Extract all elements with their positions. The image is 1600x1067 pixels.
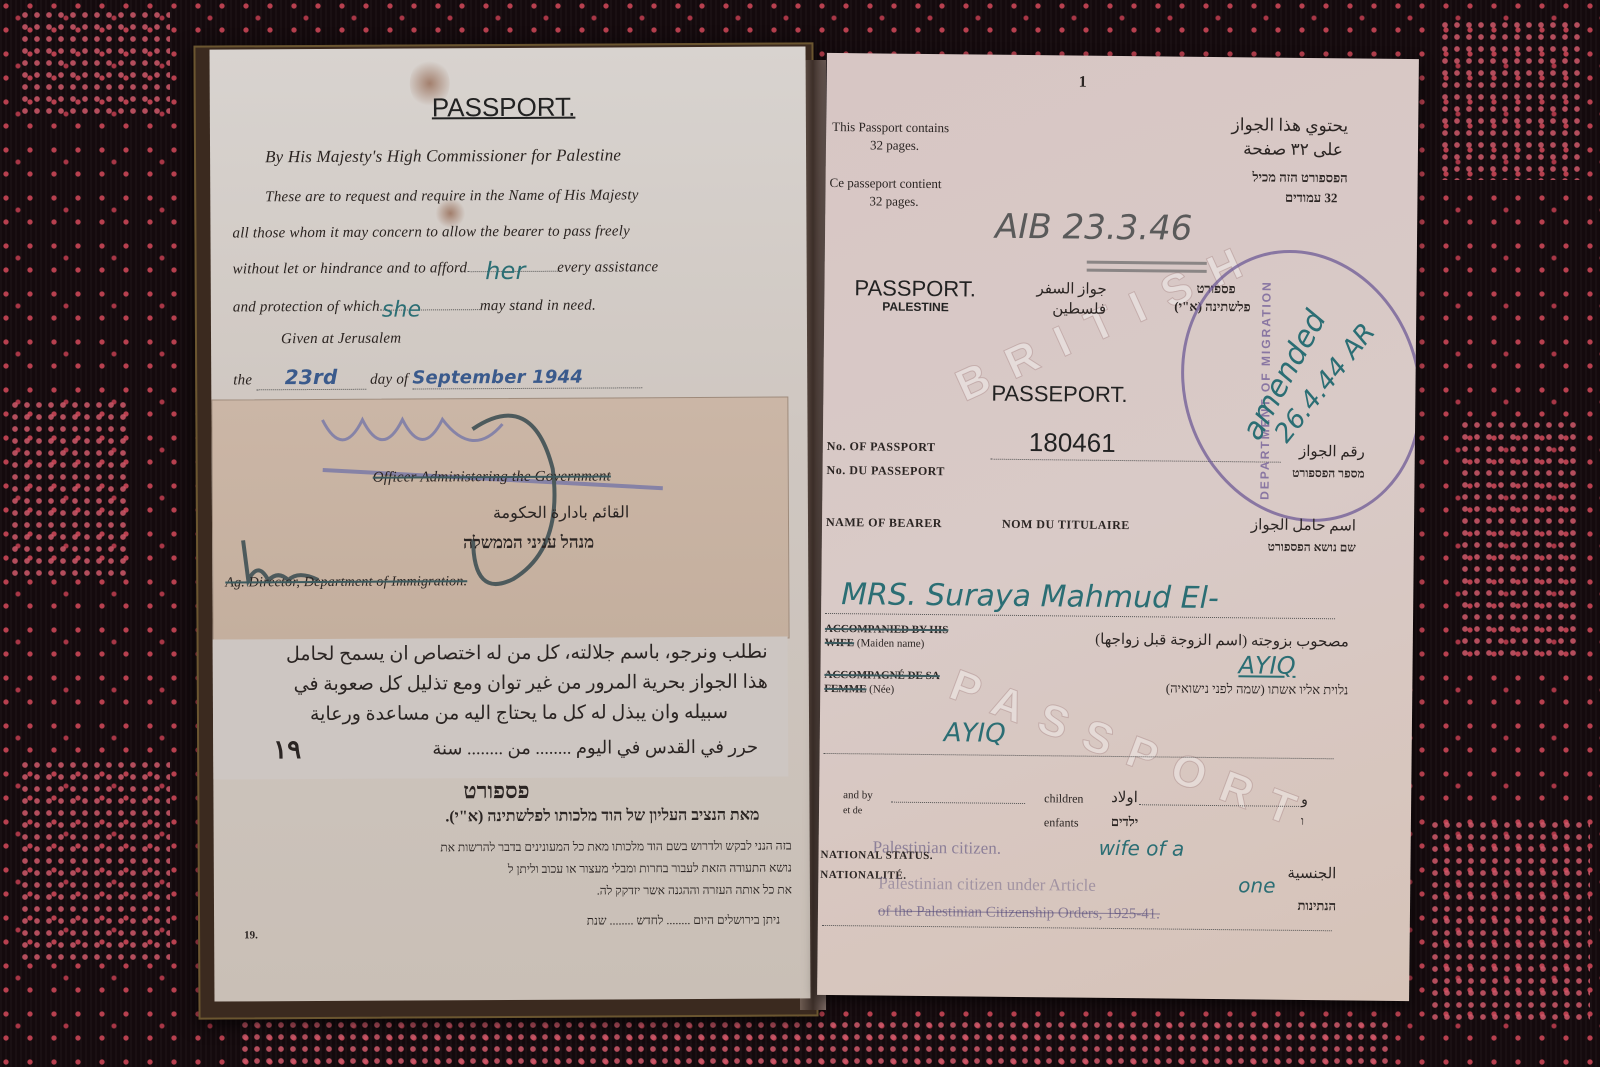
et-de-label: et de [843,805,862,816]
contains-he-1: הפספורט הזה מכיל [1252,169,1347,186]
request-line-3: without let or hindrance and to affordhe… [233,259,659,278]
hebrew-date-line: ניתן בירושלים היום ........ לחדש .......… [587,913,780,929]
passport-title: PASSPORT. [432,92,576,124]
no-passport-en-label: No. OF PASSPORT [827,439,936,455]
passport-heading-ar: جواز السفر [1036,279,1106,299]
national-status-label: NATIONAL STATUS. [820,849,933,862]
arabic-text-block: نطلب ونرجو، باسم جلالته، كل من له اختصاص… [213,637,789,780]
accompanied-label-ar: مصحوب بزوجته (اسم الزوجة قبل زواجها) [1095,630,1349,652]
director-title: Ag. Director, Department of Immigration. [225,574,467,591]
embroidery-pattern [240,1020,1390,1067]
issue-day: 23rd [256,365,366,391]
palestine-en: PALESTINE [882,300,949,315]
pencil-lines [1087,261,1207,273]
request-line-4: and protection of whichshemay stand in n… [233,298,596,317]
pages-fr: 32 pages. [869,193,918,210]
nationality-label-ar: الجنسية [1287,864,1336,884]
arabic-year: ١٩ [273,735,301,765]
arabic-line-1: نطلب ونرجو، باسم جلالته، كل من له اختصاص… [286,641,768,667]
name-label-fr: NOM DU TITULAIRE [1002,517,1130,533]
pages-en: 32 pages. [870,137,919,154]
handwritten-reference: AIB 23.3.46 [995,207,1193,249]
left-page: PASSPORT. By His Majesty's High Commissi… [210,46,811,1001]
accompanied-label-en: ACCOMPANIED BY HIS [825,623,949,636]
nationality-line [822,925,1332,931]
given-at: Given at Jerusalem [281,331,401,349]
hebrew-line-3: את כל אותה העזרה וההגנה אשר יזדקק לה. [597,883,792,899]
name-label-ar: اسم حامل الجواز [1251,515,1356,535]
arabic-line-3: سبيله وان يبذل له كل ما يحتاج اليه من مس… [310,701,728,726]
bearer-name: MRS. Suraya Mahmud El- [841,577,1219,616]
page-number: 1 [1079,74,1087,92]
children-mark-he: ו [1301,814,1304,829]
nationality-stamp-3: of the Palestinian Citizenship Orders, 1… [878,904,1160,924]
no-passport-fr-label: No. DU PASSEPORT [826,463,945,479]
children-label-en: children [1044,791,1083,806]
maiden-name-1: AYIQ [1238,651,1295,680]
children-label-he: ילדים [1111,814,1138,830]
embroidery-pattern [20,760,170,960]
embroidery-pattern [10,400,130,580]
handwritten-she: she [382,297,422,322]
request-line-2: all those whom it may concern to allow t… [232,223,630,242]
name-label-he: שם נושא הפספורט [1268,540,1356,556]
arabic-date-line: حرر في القدس في اليوم ........ من ......… [432,737,758,760]
hebrew-title: פספורט [463,778,529,804]
arabic-line-2: هذا الجواز بحرية المرور من غير توان ومع … [294,671,768,696]
contains-fr: Ce passeport contient [830,175,942,192]
accompanied-wife-label: WIFE (Maiden name) [825,637,925,650]
contains-ar-2: على ٣٢ صفحة [1243,139,1343,160]
signature-slip: Officer Administering the Government الق… [211,397,789,642]
children-label-ar: اولاد [1111,788,1138,807]
embroidery-pattern [1430,820,1590,1020]
passport-heading-en: PASSPORT. [854,275,976,302]
hebrew-line-2: נושא התעודה הזאת לעבור בחרות ומבלי מעצור… [508,861,792,877]
nationality-handwritten-1: wife of a [1099,836,1185,861]
nationality-stamp-2: Palestinian citizen under Article [878,874,1096,896]
and-by-label: and by [843,789,873,801]
contains-en: This Passport contains [832,119,949,136]
passport-number: 180461 [1029,427,1116,459]
accompanied-femme-label: FEMME (Née) [824,683,894,696]
embroidery-pattern [1440,20,1580,180]
name-label-en: NAME OF BEARER [826,515,942,531]
nationality-label-he: הנתינות [1297,898,1336,914]
officer-title-arabic: القائم بادارة الحكومة [493,502,629,523]
children-mark-ar: و [1301,792,1308,809]
maiden-name-2: AYIQ [944,718,1006,749]
hebrew-line-1: בזה הנני לבקש ולדרוש בשם הוד מלכותו מאת … [440,839,791,856]
children-line [891,802,1025,804]
right-page: BRITISH PASSPORT 1 This Passport contain… [817,53,1419,1001]
embroidery-pattern [1460,420,1580,660]
request-line-1: These are to request and require in the … [265,187,638,206]
handwritten-her: her [485,257,526,285]
contains-ar-1: يحتوي هذا الجواز [1231,115,1348,136]
children-label-fr: enfants [1044,815,1079,830]
officer-title-hebrew: מנהל עניני הממשלה [463,533,594,554]
issue-date-line: the 23rd day of September 1944 [233,363,642,390]
palestine-ar: فلسطين [1052,299,1106,319]
passeport-heading-fr: PASSEPORT. [991,381,1127,408]
officer-title: Officer Administering the Government [373,468,611,486]
authority-line: By His Majesty's High Commissioner for P… [265,145,621,167]
issue-month-year: September 1944 [412,366,642,389]
hebrew-year: 19. [244,929,258,941]
contains-he-2: 32 עמודים [1285,190,1338,207]
embroidery-pattern [20,10,170,120]
accompanied-label-he: נלוית אליו אשתו (שמה לפני נישואיה) [1166,681,1349,699]
hebrew-subtitle: מאת הנציב העליון של הוד מלכותו לפלשתינה … [445,807,759,827]
accompanied-label-fr: ACCOMPAGNÉ DE SA [824,669,939,682]
nationality-handwritten-2: one [1238,873,1275,897]
